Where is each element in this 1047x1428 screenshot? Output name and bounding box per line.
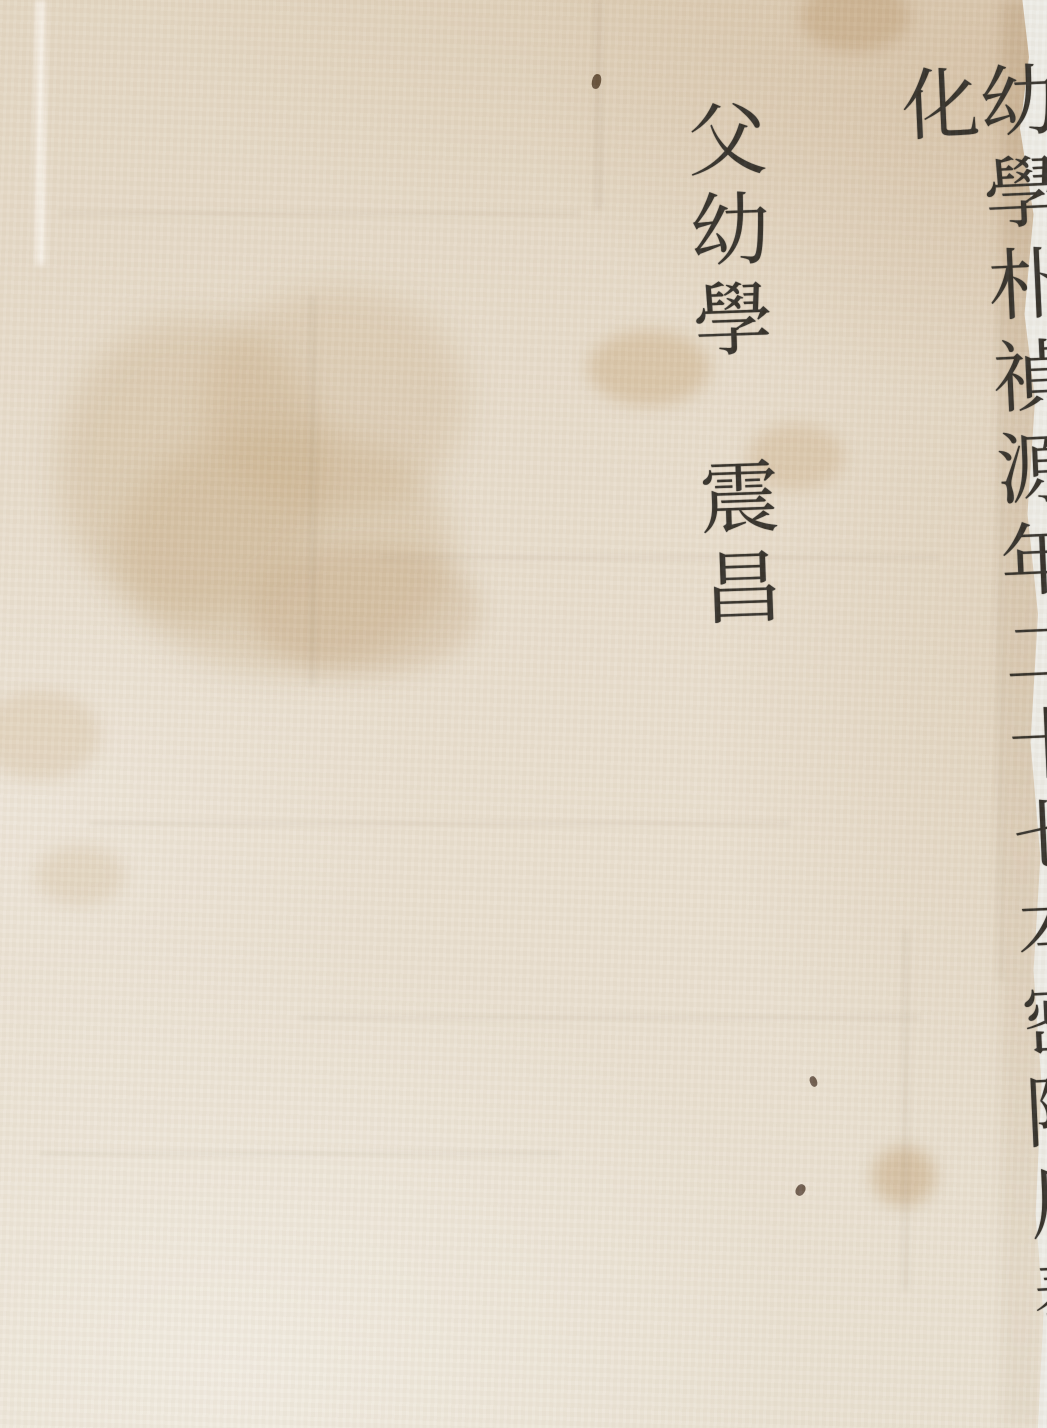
- ink-fleck: [808, 1075, 818, 1088]
- small-stain: [35, 845, 125, 905]
- paper-crease: [300, 1016, 920, 1019]
- small-stain: [872, 1146, 936, 1206]
- paper-crease: [60, 212, 580, 215]
- father-name-text: 震昌: [685, 454, 784, 637]
- father-text-column: 父幼學震昌: [678, 97, 777, 637]
- manuscript-photo: 幼學朴禎源年二十七本密陽居奉化 父幼學震昌: [0, 0, 1047, 1428]
- small-stain: [0, 690, 100, 780]
- main-text-column: 幼學朴禎源年二十七本密陽居奉化: [893, 58, 1047, 1428]
- paper-crease: [380, 556, 940, 559]
- paper-crease: [36, 0, 45, 265]
- paper-crease: [596, 0, 601, 210]
- father-title-text: 父幼學: [672, 96, 774, 369]
- paper-crease: [90, 822, 790, 825]
- paper-crease: [903, 930, 908, 1290]
- ink-fleck: [591, 73, 603, 90]
- small-stain: [800, 0, 910, 52]
- water-stain-large-rim: [250, 545, 480, 675]
- paper-crease: [40, 1152, 560, 1155]
- ink-fleck: [794, 1183, 808, 1198]
